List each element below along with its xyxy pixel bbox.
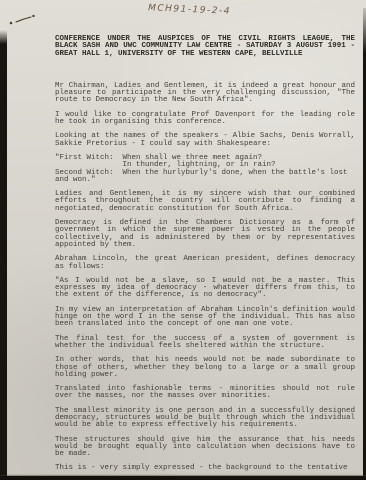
paragraph-smallest-minority: The smallest minority is one person and … xyxy=(55,408,355,430)
paragraph-democracy-definition: Democracy is defined in the Chambers Dic… xyxy=(55,220,355,249)
scan-edge-left xyxy=(0,30,7,480)
scanned-document-page: MCH91-19-2-4 CONFERENCE UNDER THE AUSPIC… xyxy=(0,0,366,480)
paragraph-minorities: Translated into fashionable terms - mino… xyxy=(55,386,355,401)
shakespeare-quote: "First Witch: When shall we three meet a… xyxy=(55,155,355,184)
typed-text-block: CONFERENCE UNDER THE AUSPICES OF THE CIV… xyxy=(55,36,355,473)
pen-scribble-mark-icon xyxy=(7,13,41,29)
paragraph-interpretation: In my view an interpretation of Abraham … xyxy=(55,307,355,329)
document-title: CONFERENCE UNDER THE AUSPICES OF THE CIV… xyxy=(55,36,355,58)
paragraph-subordinate: In other words, that his needs would not… xyxy=(55,357,355,379)
archive-reference-handwritten: MCH91-19-2-4 xyxy=(148,3,231,17)
paragraph-speakers: Looking at the names of the speakers - A… xyxy=(55,133,355,148)
paragraph-sincere-wish: Ladies and Gentlemen, it is my sincere w… xyxy=(55,191,355,213)
scan-edge-bottom xyxy=(0,476,366,480)
paragraph-congratulations: I would like to congratulate Prof Davenp… xyxy=(55,112,355,127)
paragraph-background-tentative: This is - very simply expressed - the ba… xyxy=(55,465,355,472)
paragraph-structures: These structures should give him the ass… xyxy=(55,437,355,459)
paragraph-lincoln-intro: Abraham Lincoln, the great American pres… xyxy=(55,256,355,271)
paragraph-greeting: Mr Chairman, Ladies and Gentlemen, it is… xyxy=(55,83,355,105)
paragraph-final-test: The final test for the success of a syst… xyxy=(55,336,355,351)
paragraph-lincoln-quote: "As I would not be a slave, so I would n… xyxy=(55,278,355,300)
